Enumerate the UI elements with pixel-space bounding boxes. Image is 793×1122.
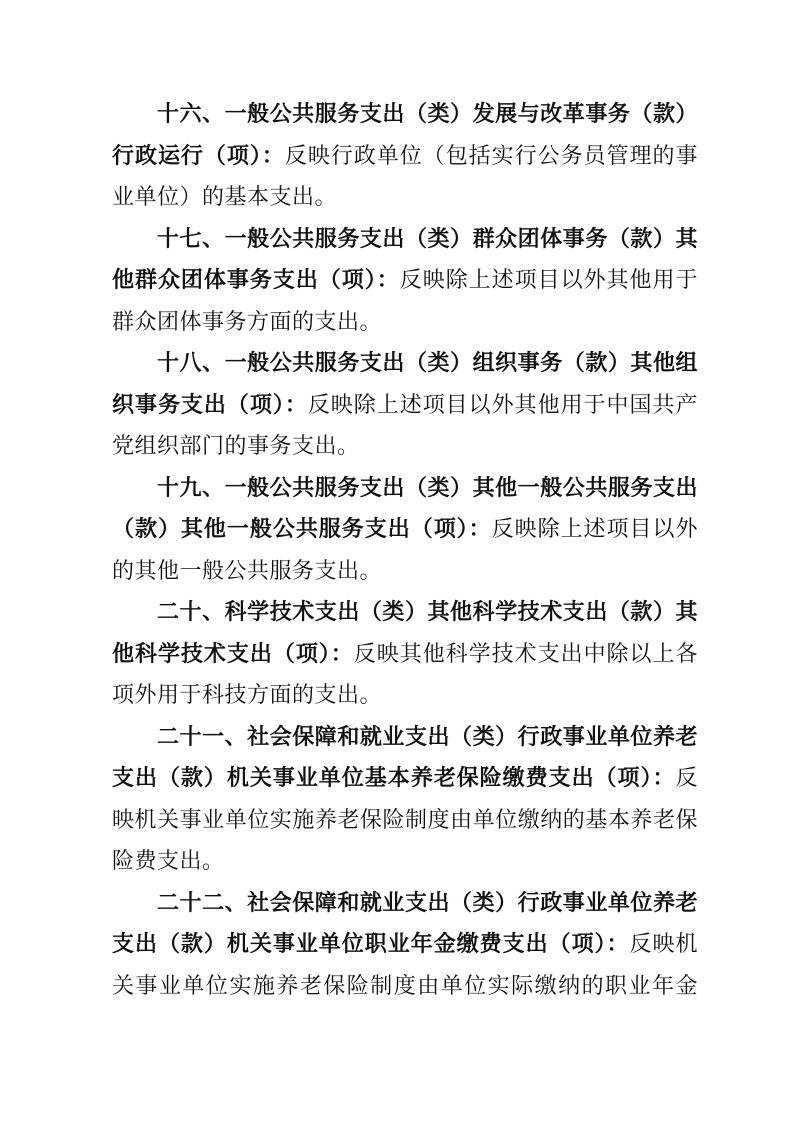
- paragraph-item-18: 十八、一般公共服务支出（类）组织事务（款）其他组织事务支出（项）：反映除上述项目…: [112, 342, 698, 467]
- paragraph-item-22: 二十二、社会保障和就业支出（类）行政事业单位养老支出（款）机关事业单位职业年金缴…: [112, 882, 698, 1007]
- paragraph-item-20: 二十、科学技术支出（类）其他科学技术支出（款）其他科学技术支出（项）：反映其他科…: [112, 591, 698, 716]
- paragraph-21-heading: 二十一、社会保障和就业支出（类）行政事业单位养老支出（款）机关事业单位基本养老保…: [112, 724, 698, 791]
- document-page: 十六、一般公共服务支出（类）发展与改革事务（款）行政运行（项）：反映行政单位（包…: [0, 0, 793, 1122]
- document-content: 十六、一般公共服务支出（类）发展与改革事务（款）行政运行（项）：反映行政单位（包…: [112, 93, 698, 1006]
- paragraph-item-16: 十六、一般公共服务支出（类）发展与改革事务（款）行政运行（项）：反映行政单位（包…: [112, 93, 698, 218]
- paragraph-item-19: 十九、一般公共服务支出（类）其他一般公共服务支出（款）其他一般公共服务支出（项）…: [112, 467, 698, 592]
- paragraph-item-17: 十七、一般公共服务支出（类）群众团体事务（款）其他群众团体事务支出（项）：反映除…: [112, 218, 698, 343]
- paragraph-22-heading: 二十二、社会保障和就业支出（类）行政事业单位养老支出（款）机关事业单位职业年金缴…: [112, 890, 698, 957]
- paragraph-item-21: 二十一、社会保障和就业支出（类）行政事业单位养老支出（款）机关事业单位基本养老保…: [112, 716, 698, 882]
